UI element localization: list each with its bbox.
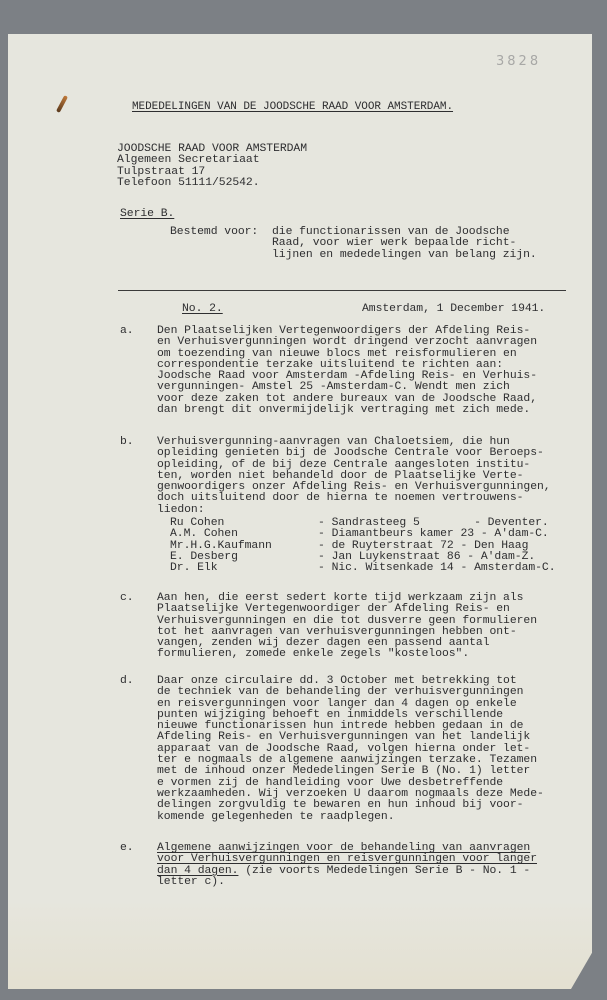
letterhead-line: Telefoon 51111/52542. — [117, 177, 260, 189]
contacts-table: Ru Cohen- Sandrasteeg 5 - Deventer.A.M. … — [170, 518, 556, 574]
contact-row: Dr. Elk- Nic. Witsenkade 14 - Amsterdam-… — [170, 563, 556, 574]
letterhead-line: Tulpstraat 17 — [117, 166, 205, 178]
contact-address: - Diamantbeurs kamer 23 - A'dam-C. — [318, 529, 549, 540]
item-label-a: a. — [120, 326, 134, 337]
item-text-e: Algemene aanwijzingen voor de behandelin… — [157, 843, 537, 888]
archive-number: 3828 — [496, 54, 541, 69]
letterhead-line: JOODSCHE RAAD VOOR AMSTERDAM — [117, 143, 307, 155]
document-date: Amsterdam, 1 December 1941. — [362, 304, 545, 315]
contact-row: A.M. Cohen- Diamantbeurs kamer 23 - A'da… — [170, 529, 556, 540]
contact-name: Dr. Elk — [170, 563, 318, 574]
item-label-e: e. — [120, 843, 134, 854]
serie-label: Serie B. — [120, 209, 174, 220]
horizontal-rule — [118, 290, 566, 291]
bestemd-text: die functionarissen van de Joodsche Raad… — [272, 227, 537, 261]
letterhead: JOODSCHE RAAD VOOR AMSTERDAM Algemeen Se… — [117, 144, 307, 189]
item-label-c: c. — [120, 593, 134, 604]
item-text-a: Den Plaatselijken Vertegenwoordigers der… — [157, 326, 537, 416]
document-number: No. 2. — [182, 304, 223, 315]
bestemd-label: Bestemd voor: — [170, 227, 258, 238]
item-text-b: Verhuisvergunning-aanvragen van Chaloets… — [157, 437, 551, 516]
item-label-b: b. — [120, 437, 134, 448]
item-label-d: d. — [120, 676, 134, 687]
document-title: MEDEDELINGEN VAN DE JOODSCHE RAAD VOOR A… — [132, 102, 453, 113]
contact-address: - Nic. Witsenkade 14 - Amsterdam-C. — [318, 563, 556, 574]
item-text-d: Daar onze circulaire dd. 3 October met b… — [157, 676, 544, 823]
contact-name: A.M. Cohen — [170, 529, 318, 540]
letterhead-line: Algemeen Secretariaat — [117, 154, 260, 166]
item-text-c: Aan hen, die eerst sedert korte tijd wer… — [157, 593, 537, 661]
